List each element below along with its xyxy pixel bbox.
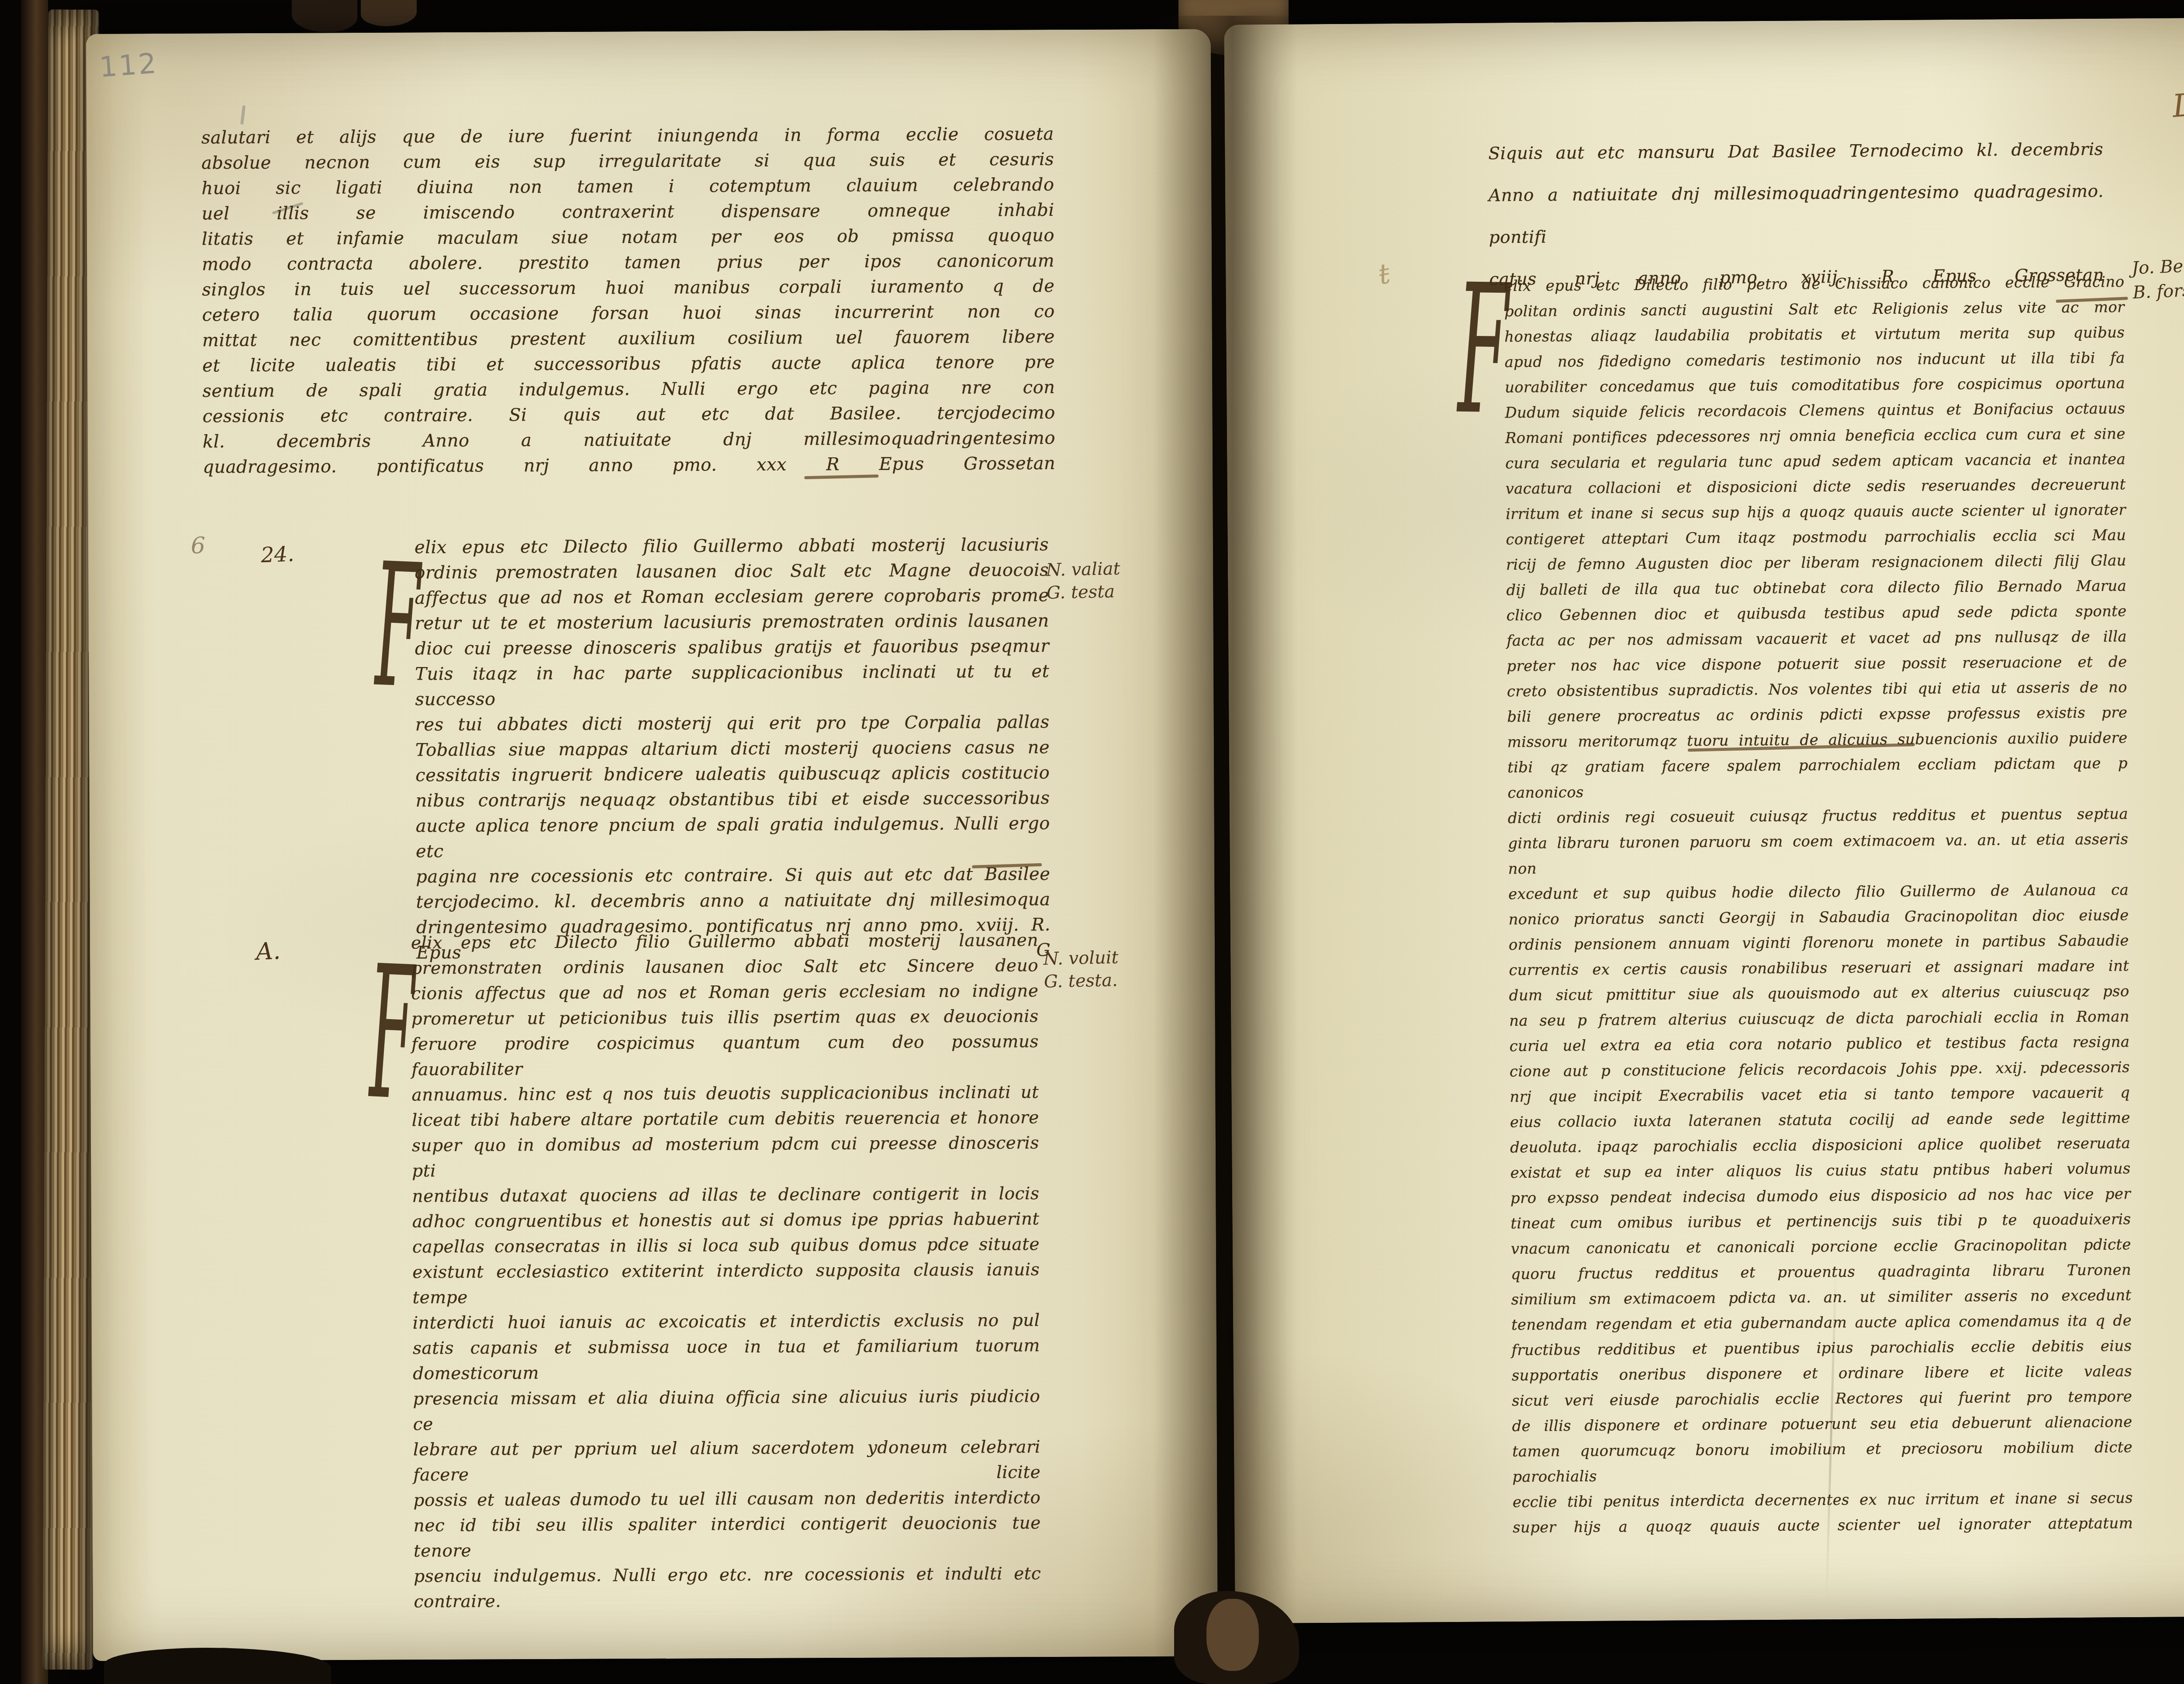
right-page: L. 113 Siquis aut etc mansuru Dat Basile… <box>1224 17 2184 1623</box>
entry-text: elix epus etc Dilecto filio petro de Chi… <box>1504 269 2133 1540</box>
marginal-note-1: N. valiat G. testa <box>1046 557 1121 605</box>
manuscript-photo: 112 salutari et alijs que de iure fuerin… <box>0 0 2184 1684</box>
decorated-initial-F: F <box>369 927 415 1142</box>
left-margin-siglum: 6 <box>191 533 205 559</box>
text-block-3: elix eps etc Dilecto filio Guillermo abb… <box>411 928 1041 1615</box>
text-block-2: elix epus etc Dilecto filio Guillermo ab… <box>415 532 1051 965</box>
torn-parchment-fragment <box>292 0 357 32</box>
marginal-note-2: N. voluit G. testa. <box>1043 946 1119 993</box>
header-letter-mark: L. <box>2171 86 2184 124</box>
pencil-tick <box>240 105 245 125</box>
entry-letter-A: A. <box>256 937 281 965</box>
decorated-initial-F: F <box>1457 247 1510 455</box>
left-page: 112 salutari et alijs que de iure fuerin… <box>86 29 1218 1661</box>
text-block-1: salutari et alijs que de iure fuerint in… <box>201 121 1056 480</box>
folio-number-left: 112 <box>98 47 159 84</box>
faded-margin-siglum: ŧ <box>1376 257 1393 291</box>
marginal-note-scribes: Jo. Benenan B. forster <box>2131 252 2184 305</box>
entry-number-24: 24. <box>260 542 294 567</box>
torn-parchment-fragment <box>361 0 417 26</box>
decorated-initial-F: F <box>375 528 421 727</box>
bottom-gutter-tear-highlight <box>1206 1599 1259 1671</box>
